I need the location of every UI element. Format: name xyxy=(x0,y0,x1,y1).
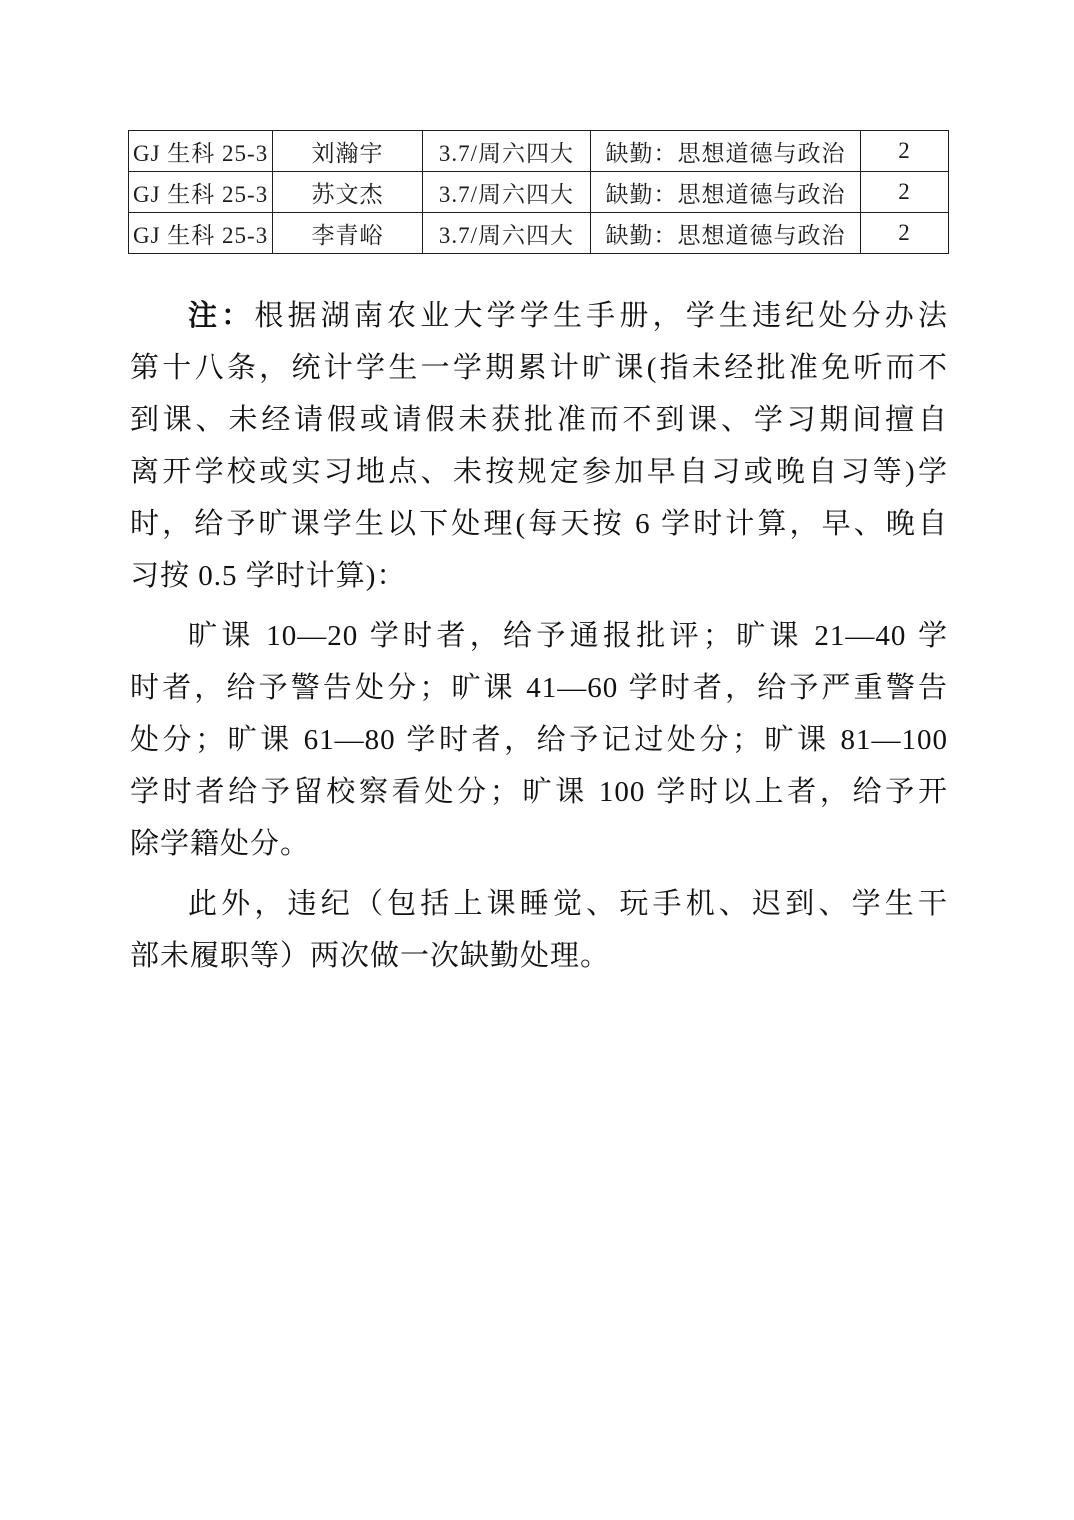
reason-cell: 缺勤：思想道德与政治 xyxy=(591,172,861,213)
class-cell: GJ 生科 25-3 xyxy=(129,172,273,213)
text-line: 习按 0.5 学时计算)： xyxy=(130,550,948,602)
text-line: 旷课 10—20 学时者，给予通报批评；旷课 21—40 学 xyxy=(130,610,948,662)
text-line: 到课、未经请假或请假未获批准而不到课、学习期间擅自 xyxy=(130,394,948,446)
table-row: GJ 生科 25-3 苏文杰 3.7/周六四大 缺勤：思想道德与政治 2 xyxy=(129,172,949,213)
attendance-table: GJ 生科 25-3 刘瀚宇 3.7/周六四大 缺勤：思想道德与政治 2 GJ … xyxy=(128,130,949,254)
class-cell: GJ 生科 25-3 xyxy=(129,131,273,172)
note-paragraph: 注：根据湖南农业大学学生手册，学生违纪处分办法 第十八条，统计学生一学期累计旷课… xyxy=(130,290,948,602)
reason-cell: 缺勤：思想道德与政治 xyxy=(591,131,861,172)
reason-cell: 缺勤：思想道德与政治 xyxy=(591,213,861,254)
text-line: 学时者给予留校察看处分；旷课 100 学时以上者，给予开 xyxy=(130,766,948,818)
penalty-paragraph: 旷课 10—20 学时者，给予通报批评；旷课 21—40 学 时者，给予警告处分… xyxy=(130,610,948,870)
text-segment: 根据湖南农业大学学生手册，学生违纪处分办法 xyxy=(254,300,948,332)
count-cell: 2 xyxy=(861,131,949,172)
text-line: 离开学校或实习地点、未按规定参加早自习或晚自习等)学 xyxy=(130,446,948,498)
table-row: GJ 生科 25-3 李青峪 3.7/周六四大 缺勤：思想道德与政治 2 xyxy=(129,213,949,254)
note-label: 注： xyxy=(188,300,254,332)
text-line: 处分；旷课 61—80 学时者，给予记过处分；旷课 81—100 xyxy=(130,714,948,766)
text-line: 注：根据湖南农业大学学生手册，学生违纪处分办法 xyxy=(130,290,948,342)
text-line: 部未履职等）两次做一次缺勤处理。 xyxy=(130,930,948,982)
table-row: GJ 生科 25-3 刘瀚宇 3.7/周六四大 缺勤：思想道德与政治 2 xyxy=(129,131,949,172)
name-cell: 李青峪 xyxy=(273,213,423,254)
document-page: GJ 生科 25-3 刘瀚宇 3.7/周六四大 缺勤：思想道德与政治 2 GJ … xyxy=(0,0,1074,1520)
count-cell: 2 xyxy=(861,213,949,254)
count-cell: 2 xyxy=(861,172,949,213)
text-line: 除学籍处分。 xyxy=(130,818,948,870)
text-line: 时者，给予警告处分；旷课 41—60 学时者，给予严重警告 xyxy=(130,662,948,714)
name-cell: 刘瀚宇 xyxy=(273,131,423,172)
class-cell: GJ 生科 25-3 xyxy=(129,213,273,254)
text-line: 时，给予旷课学生以下处理(每天按 6 学时计算，早、晚自 xyxy=(130,498,948,550)
text-line: 第十八条，统计学生一学期累计旷课(指未经批准免听而不 xyxy=(130,342,948,394)
date-cell: 3.7/周六四大 xyxy=(423,131,591,172)
extra-paragraph: 此外，违纪（包括上课睡觉、玩手机、迟到、学生干 部未履职等）两次做一次缺勤处理。 xyxy=(130,878,948,982)
date-cell: 3.7/周六四大 xyxy=(423,213,591,254)
date-cell: 3.7/周六四大 xyxy=(423,172,591,213)
text-line: 此外，违纪（包括上课睡觉、玩手机、迟到、学生干 xyxy=(130,878,948,930)
body-text: 注：根据湖南农业大学学生手册，学生违纪处分办法 第十八条，统计学生一学期累计旷课… xyxy=(130,290,948,990)
name-cell: 苏文杰 xyxy=(273,172,423,213)
